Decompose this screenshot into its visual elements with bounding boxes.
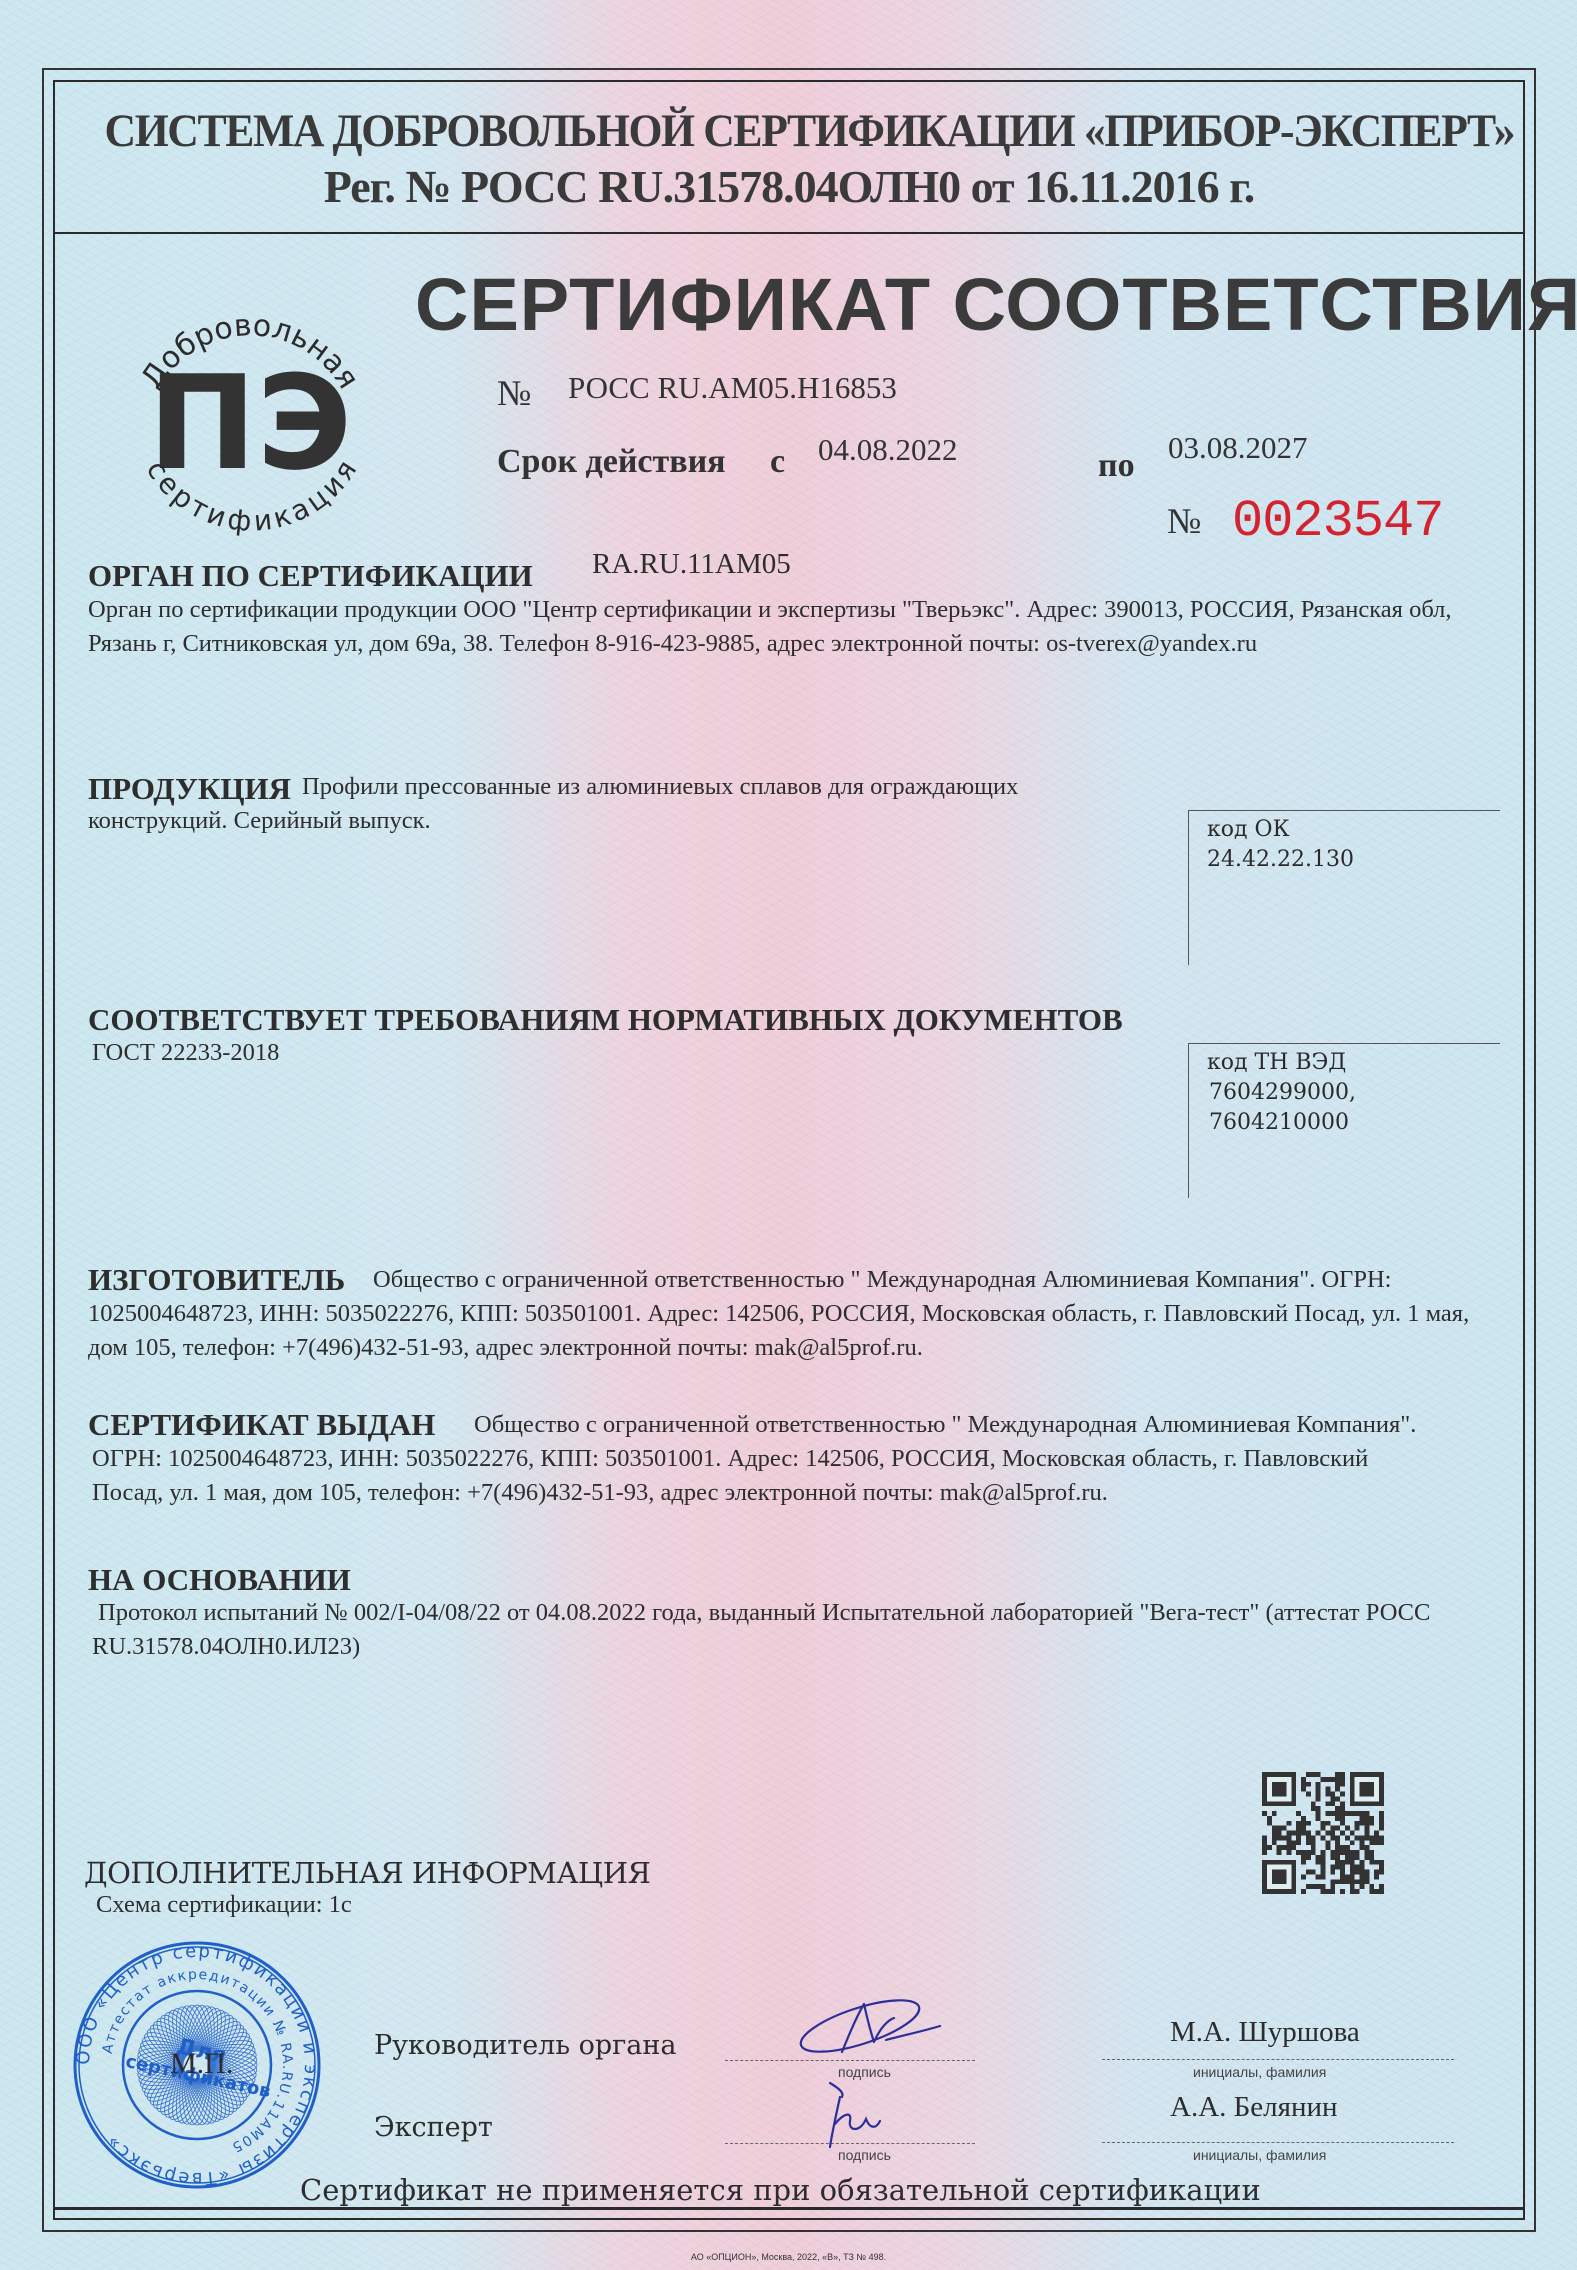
certification-body-text: Орган по сертификации продукции ООО "Цен… xyxy=(88,593,1488,661)
disclaimer: Сертификат не применяется при обязательн… xyxy=(300,2173,1261,2207)
basis-text: Протокол испытаний № 002/I-04/08/22 от 0… xyxy=(92,1596,1472,1664)
header-divider xyxy=(53,232,1525,234)
system-title: СИСТЕМА ДОБРОВОЛЬНОЙ СЕРТИФИКАЦИИ «ПРИБО… xyxy=(105,104,1474,158)
additional-info-text: Схема сертификации: 1с xyxy=(96,1888,352,1922)
head-name: М.А. Шуршова xyxy=(1170,2016,1360,2049)
compliance-heading: СООТВЕТСТВУЕТ ТРЕБОВАНИЯМ НОРМАТИВНЫХ ДО… xyxy=(88,1002,1123,1038)
compliance-standard: ГОСТ 22233-2018 xyxy=(92,1036,279,1070)
ok-code-label: код ОК xyxy=(1207,815,1500,845)
head-signature-icon xyxy=(790,1992,990,2072)
issued-to-text: Общество с ограниченной ответственностью… xyxy=(92,1408,1422,1510)
expert-label: Эксперт xyxy=(374,2112,493,2143)
serial-number-label: № xyxy=(1167,500,1201,542)
qr-code-icon xyxy=(1262,1772,1384,1894)
valid-from-date: 04.08.2022 xyxy=(818,432,958,468)
serial-number: 0023547 xyxy=(1232,492,1443,551)
system-registration: Рег. № РОСС RU.31578.04ОЛН0 от 16.11.201… xyxy=(53,160,1525,213)
head-name-caption: инициалы, фамилия xyxy=(1193,2064,1326,2080)
expert-name-caption: инициалы, фамилия xyxy=(1193,2147,1326,2163)
footer-rule xyxy=(53,2207,1525,2210)
ok-code-value: 24.42.22.130 xyxy=(1207,845,1500,875)
head-of-body-label: Руководитель органа xyxy=(374,2030,676,2061)
cert-number-label: № xyxy=(497,372,531,414)
tnved-code-label: код ТН ВЭД xyxy=(1207,1048,1500,1078)
validity-label: Срок действия xyxy=(497,443,726,481)
cert-number: РОСС RU.АМ05.Н16853 xyxy=(568,370,897,406)
additional-info-heading: ДОПОЛНИТЕЛЬНАЯ ИНФОРМАЦИЯ xyxy=(84,1856,650,1890)
basis-heading: НА ОСНОВАНИИ xyxy=(88,1562,351,1598)
tnved-code-1: 7604299000, xyxy=(1209,1078,1500,1108)
valid-to-date: 03.08.2027 xyxy=(1168,430,1308,466)
voluntary-certification-logo-icon: Добровольная ПЭ сертификация xyxy=(115,270,385,540)
certification-body-heading: ОРГАН ПО СЕРТИФИКАЦИИ xyxy=(88,558,533,594)
product-text: Профили прессованные из алюминиевых спла… xyxy=(88,770,1148,838)
ok-code-box: код ОК 24.42.22.130 xyxy=(1188,810,1500,965)
certification-body-code: RA.RU.11АМ05 xyxy=(592,548,791,581)
validity-from-label: с xyxy=(770,443,785,481)
validity-to-label: по xyxy=(1098,447,1135,485)
tnved-code-box: код ТН ВЭД 7604299000, 7604210000 xyxy=(1188,1043,1500,1198)
expert-signature-icon xyxy=(800,2075,920,2155)
tnved-code-2: 7604210000 xyxy=(1209,1108,1500,1138)
printer-imprint: АО «ОПЦИОН», Москва, 2022, «В», ТЗ № 498… xyxy=(0,2252,1577,2262)
seal-place-label: М.П. xyxy=(170,2047,233,2081)
expert-name: А.А. Белянин xyxy=(1170,2091,1338,2124)
certificate-title: СЕРТИФИКАТ СООТВЕТСТВИЯ xyxy=(415,262,1577,347)
expert-name-line xyxy=(1102,2142,1454,2143)
manufacturer-text: Общество с ограниченной ответственностью… xyxy=(88,1263,1488,1365)
head-name-line xyxy=(1102,2059,1454,2060)
